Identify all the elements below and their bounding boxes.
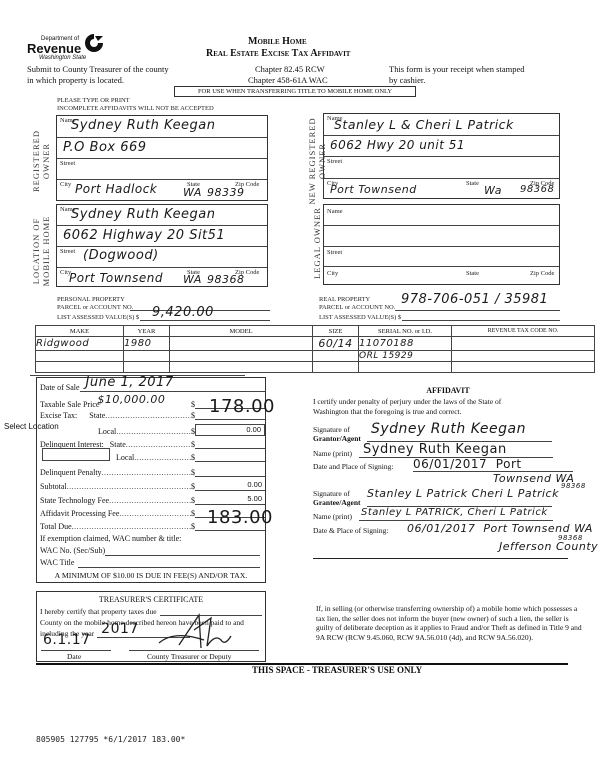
type-or-print-note: PLEASE TYPE OR PRINT [57,97,130,104]
treasurer-signature-field[interactable] [129,642,259,651]
treasurer-signer-label: County Treasurer or Deputy [147,652,231,661]
real-property-label: REAL PROPERTY [319,296,370,303]
subtotal-row: Subtotal ...............................… [40,480,295,491]
grantee-signature-label: Signature ofGrantee/Agent [313,489,361,507]
location-address-field[interactable]: 6062 Highway 20 Sit51 [63,228,225,243]
revenue-code-cell[interactable] [452,337,595,351]
real-parcel-label: PARCEL or ACCOUNT NO. [319,304,395,311]
delinquent-penalty-field[interactable] [195,467,265,477]
receipt-note-1: This form is your receipt when stamped [389,64,525,74]
grantee-name-field[interactable]: Stanley L PATRICK, Cheri L Patrick [359,511,553,521]
grantee-name-label: Name (print) [313,512,352,521]
new-owner-state-field[interactable]: Wa [484,184,502,197]
excise-tax-local-row: Local ..................................… [40,424,295,436]
registered-owner-label: REGISTEREDOWNER [31,111,53,211]
serial-cell[interactable]: ORL 15929 [359,351,452,362]
location-box: Name Sydney Ruth Keegan 6062 Highway 20 … [56,204,268,287]
treasurer-use-banner: THIS SPACE - TREASURER'S USE ONLY [252,665,422,675]
date-label: Date [67,652,81,661]
new-registered-owner-box: Name Stanley L & Cheri L Patrick 6062 Hw… [323,113,560,199]
treasurer-certificate-box: TREASURER'S CERTIFICATE I hereby certify… [36,591,266,662]
delinquent-penalty-row: Delinquent Penalty .....................… [40,467,295,477]
street-label: Street [327,249,342,256]
chapter-wac: Chapter 458-61A WAC [248,75,328,85]
real-assessed-label: LIST ASSESSED VALUE(S) $ [319,314,401,321]
certificate-date-field[interactable]: 6.1.17 [41,642,111,651]
new-owner-address-field[interactable]: 6062 Hwy 20 unit 51 [330,138,465,152]
grantee-place-line-3: Jefferson County [499,540,598,553]
grantor-signature-field[interactable]: Sydney Ruth Keegan [367,433,552,442]
year-cell[interactable] [124,362,170,373]
col-model: MODEL [170,326,313,337]
serial-cell[interactable]: 11070188 [359,337,452,351]
location-street-field[interactable]: (Dogwood) [83,248,159,263]
col-year: YEAR [124,326,170,337]
model-cell[interactable] [170,337,313,351]
table-row [36,362,595,373]
location-state-field[interactable]: WA [183,273,202,286]
excise-tax-state-field[interactable]: 178.00 [195,410,265,420]
size-cell[interactable]: 60/14 [313,337,359,351]
city-label: City [60,181,71,188]
exemption-label: If exemption claimed, WAC number & title… [40,534,181,543]
grantor-place-line-3: 98368 [561,482,586,490]
real-assessed-value-field[interactable] [402,312,560,321]
date-of-sale-row: Date of Sale June 1, 2017 [40,380,295,392]
delinquent-interest-local-field[interactable] [195,452,265,462]
personal-property-label: PERSONAL PROPERTY [57,296,125,303]
registered-owner-box: Name Sydney Ruth Keegan P.O Box 669 Stre… [56,115,268,201]
subtotal-field: 0.00 [195,480,265,491]
minimum-due-notice: A MINIMUM OF $10.00 IS DUE IN FEE(S) AND… [36,571,266,580]
dor-swoosh-icon [83,32,105,54]
state-label: State [466,180,479,187]
mobile-home-table: MAKE YEAR MODEL SIZE SERIAL NO. or I.D. … [35,325,595,373]
date-of-sale-field[interactable]: June 1, 2017 [80,380,265,392]
treasurer-certificate-title: TREASURER'S CERTIFICATE [37,595,265,604]
dor-logo: Department of Revenue Washington State [27,36,107,62]
wac-no-field[interactable] [105,546,260,556]
real-parcel-field[interactable]: 978-706-051 / 35981 [395,297,560,311]
lien-notice: If, in selling (or otherwise transferrin… [316,604,586,642]
grantee-signature-field[interactable]: Stanley L Patrick Cheri L Patrick [367,498,552,507]
registered-owner-state-field[interactable]: WA [183,186,202,199]
state-tech-fee-field: 5.00 [195,494,265,505]
size-cell[interactable] [313,362,359,373]
col-size: SIZE [313,326,359,337]
wac-title-row: WAC Title [40,558,260,568]
location-zip-field[interactable]: 98368 [207,273,245,286]
form-title-line1: Mobile Home [248,36,307,47]
total-due-row: Total Due ..............................… [40,521,295,531]
personal-assessed-label: LIST ASSESSED VALUE(S) $ [57,314,139,321]
make-cell[interactable]: Ridgwood [36,337,124,351]
location-name-field[interactable]: Sydney Ruth Keegan [71,207,216,222]
registered-owner-zip-field[interactable]: 98339 [207,186,245,199]
state-tech-fee-row: State Technology Fee ...................… [40,494,295,505]
year-cell[interactable]: 1980 [124,337,170,351]
year-cell[interactable] [124,351,170,362]
grantor-signature-label: Signature ofGrantor/Agent [313,425,361,443]
use-banner: FOR USE WHEN TRANSFERRING TITLE TO MOBIL… [174,86,416,97]
make-cell[interactable] [36,351,124,362]
street-label: Street [60,248,75,255]
revenue-code-cell[interactable] [452,351,595,362]
model-cell[interactable] [170,351,313,362]
chapter-rcw: Chapter 82.45 RCW [255,64,325,74]
form-title-line2: Real Estate Excise Tax Affidavit [206,48,350,59]
model-cell[interactable] [170,362,313,373]
street-label: Street [327,158,342,165]
delinquent-interest-state-field[interactable] [195,439,265,449]
wac-no-row: WAC No. (Sec/Sub) [40,546,260,556]
wac-title-field[interactable] [78,558,260,568]
state-label: State [466,270,479,277]
table-row: Ridgwood 1980 60/14 11070188 [36,337,595,351]
col-make: MAKE [36,326,124,337]
size-cell[interactable] [313,351,359,362]
table-row: ORL 15929 [36,351,595,362]
personal-assessed-value-field[interactable]: 9,420.00 [140,308,270,321]
new-owner-city-field[interactable]: Port Townsend [330,183,417,196]
submit-instruction-2: in which property is located. [27,75,124,85]
affidavit-title: AFFIDAVIT [313,386,583,395]
grantor-name-label: Name (print) [313,449,352,458]
make-cell[interactable] [36,362,124,373]
registered-owner-name-field[interactable]: Sydney Ruth Keegan [71,118,216,133]
location-city-field[interactable]: Port Townsend [69,271,163,285]
taxable-sale-price-value[interactable]: $10,000.00 [97,393,165,406]
serial-cell[interactable] [359,362,452,373]
new-owner-name-field[interactable]: Stanley L & Cheri L Patrick [334,117,514,132]
location-of-mobile-home-label: LOCATION OFMOBILE HOME [31,201,53,301]
affidavit-section: AFFIDAVIT I certify under penalty of per… [313,386,583,586]
street-label: Street [60,160,75,167]
excise-tax-local-field[interactable]: 0.00 [195,424,265,436]
incomplete-affidavit-note: INCOMPLETE AFFIDAVITS WILL NOT BE ACCEPT… [57,105,214,112]
total-due-field[interactable]: 183.00 [195,521,265,531]
name-label: Name [327,208,343,215]
grantor-date-label: Date and Place of Signing: [313,462,393,471]
zip-label: Zip Code [530,270,554,277]
table-header-row: MAKE YEAR MODEL SIZE SERIAL NO. or I.D. … [36,326,595,337]
submit-instruction-1: Submit to County Treasurer of the county [27,64,169,74]
affidavit-certify-1: I certify under penalty of perjury under… [313,397,501,406]
personal-parcel-label: PARCEL or ACCOUNT NO. [57,304,133,311]
receipt-stamp: 805905 127795 *6/1/2017 183.00* [36,735,185,744]
receipt-note-2: by cashier. [389,75,425,85]
registered-owner-address-field[interactable]: P.O Box 669 [63,140,147,155]
logo-state-text: Washington State [39,55,86,61]
grantor-date-place-field[interactable]: 06/01/2017 Port [413,462,573,472]
registered-owner-city-field[interactable]: Port Hadlock [75,182,157,196]
city-label: City [327,270,338,277]
revenue-code-cell[interactable] [452,362,595,373]
logo-name-text: Revenue [27,41,81,56]
affidavit-certify-2: Washington that the foregoing is true an… [313,407,462,416]
col-revenue-tax-code: REVENUE TAX CODE NO. [452,326,595,337]
legal-owner-box: Name Street City State Zip Code [323,204,560,285]
new-owner-zip-field[interactable]: 98368 [520,184,554,195]
excise-tax-state-row: Excise Tax: State ......................… [40,410,295,420]
delinquent-interest-local-row: Local ..................................… [40,452,295,462]
grantee-date-label: Date & Place of Signing: [313,526,388,535]
treasurer-signature-icon [149,610,249,650]
col-serial: SERIAL NO. or I.D. [359,326,452,337]
